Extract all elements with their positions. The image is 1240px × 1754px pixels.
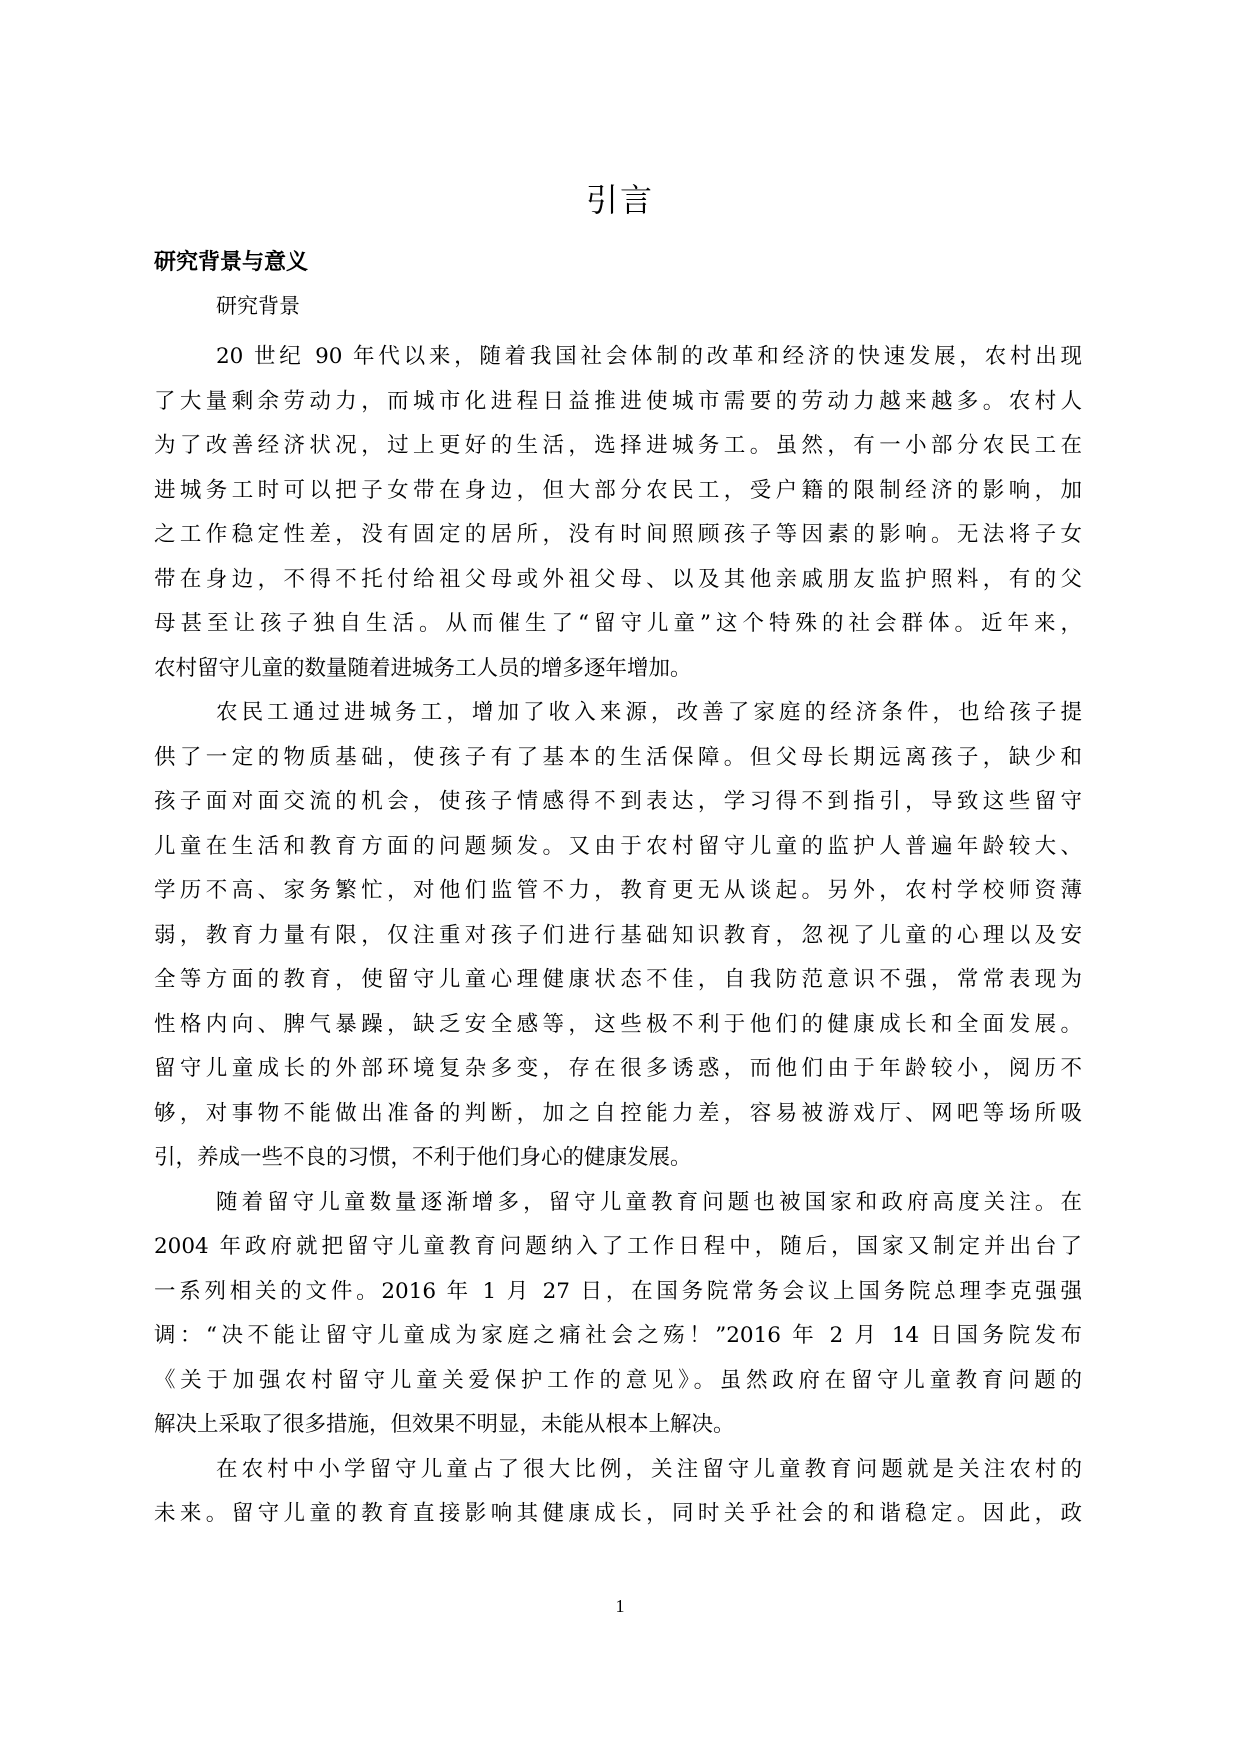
paragraph: 20 世纪 90 年代以来，随着我国社会体制的改革和经济的快速发展，农村出现 了…	[154, 335, 1082, 691]
text-line: 孩子面对面交流的机会，使孩子情感得不到表达，学习得不到指引，导致这些留守	[154, 780, 1082, 825]
text-line: 农民工通过进城务工，增加了收入来源，改善了家庭的经济条件，也给孩子提	[154, 691, 1082, 736]
page-number: 1	[0, 1594, 1240, 1618]
text-line: 随着留守儿童数量逐渐增多，留守儿童教育问题也被国家和政府高度关注。在	[154, 1181, 1082, 1226]
text-line: 《关于加强农村留守儿童关爱保护工作的意见》。虽然政府在留守儿童教育问题的	[154, 1359, 1082, 1404]
text-line: 留守儿童成长的外部环境复杂多变，存在很多诱惑，而他们由于年龄较小，阅历不	[154, 1047, 1082, 1092]
text-line: 全等方面的教育，使留守儿童心理健康状态不佳，自我防范意识不强，常常表现为	[154, 958, 1082, 1003]
text-line: 引，养成一些不良的习惯，不利于他们身心的健康发展。	[154, 1136, 1082, 1181]
text-line: 农村留守儿童的数量随着进城务工人员的增多逐年增加。	[154, 647, 1082, 692]
text-line: 母甚至让孩子独自生活。从而催生了“留守儿童”这个特殊的社会群体。近年来，	[154, 602, 1082, 647]
text-line: 为了改善经济状况，过上更好的生活，选择进城务工。虽然，有一小部分农民工在	[154, 424, 1082, 469]
text-line: 未来。留守儿童的教育直接影响其健康成长，同时关乎社会的和谐稳定。因此，政	[154, 1492, 1082, 1537]
body-text: 20 世纪 90 年代以来，随着我国社会体制的改革和经济的快速发展，农村出现 了…	[154, 335, 1082, 1537]
text-line: 带在身边，不得不托付给祖父母或外祖父母、以及其他亲戚朋友监护照料，有的父	[154, 558, 1082, 603]
page-title: 引言	[0, 176, 1240, 224]
text-line: 供了一定的物质基础，使孩子有了基本的生活保障。但父母长期远离孩子，缺少和	[154, 736, 1082, 781]
text-line: 调：“决不能让留守儿童成为家庭之痛社会之殇！”2016 年 2 月 14 日国务…	[154, 1314, 1082, 1359]
text-line: 弱，教育力量有限，仅注重对孩子们进行基础知识教育，忽视了儿童的心理以及安	[154, 914, 1082, 959]
text-line: 之工作稳定性差，没有固定的居所，没有时间照顾孩子等因素的影响。无法将子女	[154, 513, 1082, 558]
paragraph: 农民工通过进城务工，增加了收入来源，改善了家庭的经济条件，也给孩子提 供了一定的…	[154, 691, 1082, 1181]
text-line: 2004 年政府就把留守儿童教育问题纳入了工作日程中，随后，国家又制定并出台了	[154, 1225, 1082, 1270]
sub-heading: 研究背景	[216, 290, 300, 322]
paragraph: 在农村中小学留守儿童占了很大比例，关注留守儿童教育问题就是关注农村的 未来。留守…	[154, 1448, 1082, 1537]
text-line: 了大量剩余劳动力，而城市化进程日益推进使城市需要的劳动力越来越多。农村人	[154, 380, 1082, 425]
text-line: 够，对事物不能做出准备的判断，加之自控能力差，容易被游戏厅、网吧等场所吸	[154, 1092, 1082, 1137]
text-line: 学历不高、家务繁忙，对他们监管不力，教育更无从谈起。另外，农村学校师资薄	[154, 869, 1082, 914]
text-line: 20 世纪 90 年代以来，随着我国社会体制的改革和经济的快速发展，农村出现	[154, 335, 1082, 380]
text-line: 性格内向、脾气暴躁，缺乏安全感等，这些极不利于他们的健康成长和全面发展。	[154, 1003, 1082, 1048]
text-line: 解决上采取了很多措施，但效果不明显，未能从根本上解决。	[154, 1403, 1082, 1448]
text-line: 儿童在生活和教育方面的问题频发。又由于农村留守儿童的监护人普遍年龄较大、	[154, 825, 1082, 870]
section-heading: 研究背景与意义	[154, 247, 308, 279]
text-line: 在农村中小学留守儿童占了很大比例，关注留守儿童教育问题就是关注农村的	[154, 1448, 1082, 1493]
document-page: 引言 研究背景与意义 研究背景 20 世纪 90 年代以来，随着我国社会体制的改…	[0, 0, 1240, 1754]
text-line: 一系列相关的文件。2016 年 1 月 27 日，在国务院常务会议上国务院总理李…	[154, 1270, 1082, 1315]
text-line: 进城务工时可以把子女带在身边，但大部分农民工，受户籍的限制经济的影响，加	[154, 469, 1082, 514]
paragraph: 随着留守儿童数量逐渐增多，留守儿童教育问题也被国家和政府高度关注。在 2004 …	[154, 1181, 1082, 1448]
